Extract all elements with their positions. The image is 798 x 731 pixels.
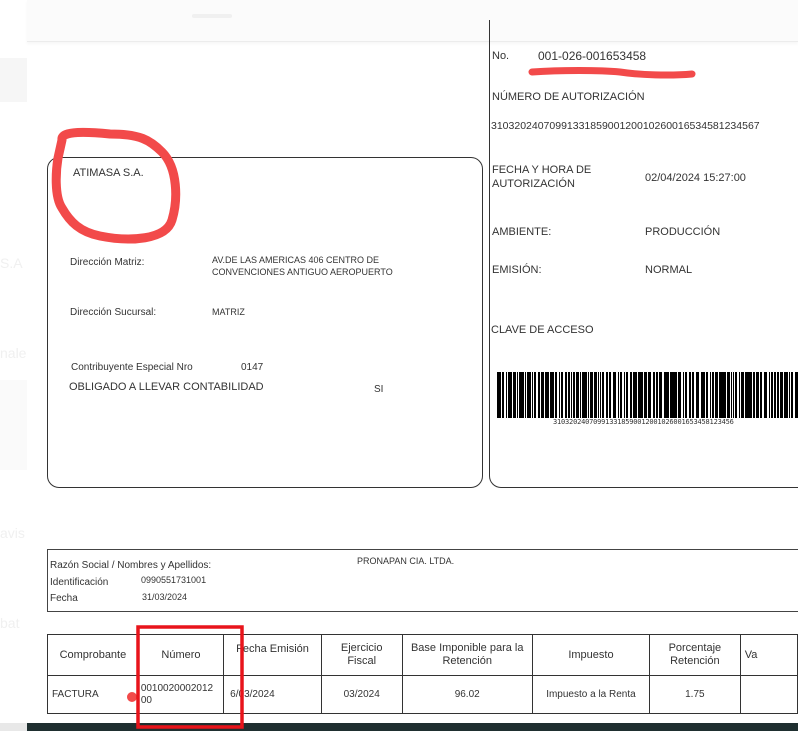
auth-number-value: 3103202407099133185900120010260016534581… <box>491 120 760 133</box>
accounting-label: OBLIGADO A LLEVAR CONTABILIDAD <box>69 381 264 394</box>
header-ejercicio-fiscal: Ejercicio Fiscal <box>321 635 402 676</box>
auth-datetime-label-1: FECHA Y HORA DE <box>492 164 591 177</box>
buyer-id-label: Identificación <box>50 576 108 589</box>
ghost-text: nale <box>0 345 26 361</box>
header-numero: Número <box>138 635 223 676</box>
left-edge-panel-lower <box>0 380 27 470</box>
issuer-name: ATIMASA S.A. <box>73 167 144 180</box>
emission-label: EMISIÓN: <box>492 264 542 277</box>
cell-base-imponible: 96.02 <box>402 676 532 714</box>
environment-value: PRODUCCIÓN <box>645 226 720 239</box>
ghost-text: bat <box>0 615 19 631</box>
cell-numero: 0010020002012 00 <box>138 676 223 714</box>
access-key-barcode <box>497 372 798 418</box>
cell-porcentaje: 1.75 <box>650 676 741 714</box>
special-taxpayer-label: Contribuyente Especial Nro <box>71 361 193 374</box>
footer-bar <box>27 723 798 731</box>
table-header-row: Comprobante Número Fecha Emisión Ejercic… <box>48 635 798 676</box>
cell-fecha-emision: 6/03/2024 <box>224 676 322 714</box>
cell-valor <box>740 676 797 714</box>
buyer-name-label: Razón Social / Nombres y Apellidos: <box>50 559 211 572</box>
auth-datetime-value: 02/04/2024 15:27:00 <box>645 172 746 185</box>
ghost-text: S.A <box>0 255 23 271</box>
header-porcentaje: Porcentaje Retención <box>650 635 741 676</box>
header-fecha-emision: Fecha Emisión <box>224 635 322 676</box>
header-base-imponible: Base Imponible para la Retención <box>402 635 532 676</box>
footer-left-gray <box>0 723 27 731</box>
branch-address-label: Dirección Sucursal: <box>70 306 156 319</box>
buyer-id-value: 0990551731001 <box>141 574 206 587</box>
accounting-value: SI <box>374 383 383 396</box>
cell-numero-line2: 00 <box>141 695 152 706</box>
header-valor: Va <box>740 635 797 676</box>
auth-number-label: NÚMERO DE AUTORIZACIÓN <box>492 91 645 104</box>
barcode-number: 3103202407099133185900120010260016534581… <box>553 418 734 426</box>
main-address-label: Dirección Matriz: <box>70 256 144 269</box>
header-comprobante: Comprobante <box>48 635 139 676</box>
auth-datetime-label-2: AUTORIZACIÓN <box>492 178 575 191</box>
buyer-name-value: PRONAPAN CIA. LTDA. <box>357 555 454 568</box>
emission-value: NORMAL <box>645 264 692 277</box>
retention-table: Comprobante Número Fecha Emisión Ejercic… <box>47 634 798 714</box>
access-key-label: CLAVE DE ACCESO <box>491 324 594 337</box>
left-edge-panel <box>0 58 27 102</box>
issuer-box <box>47 157 483 488</box>
buyer-date-label: Fecha <box>50 592 78 605</box>
invoice-number-value: 001-026-001653458 <box>538 50 646 63</box>
header-impuesto: Impuesto <box>532 635 649 676</box>
cell-impuesto: Impuesto a la Renta <box>532 676 649 714</box>
cell-ejercicio-fiscal: 03/2024 <box>321 676 402 714</box>
top-bar-faint-mark <box>192 14 232 18</box>
table-row: FACTURA 0010020002012 00 6/03/2024 03/20… <box>48 676 798 714</box>
main-address-line2: CONVENCIONES ANTIGUO AEROPUERTO <box>212 266 393 279</box>
cell-numero-line1: 0010020002012 <box>141 683 213 694</box>
special-taxpayer-value: 0147 <box>241 361 263 374</box>
environment-label: AMBIENTE: <box>492 226 551 239</box>
buyer-date-value: 31/03/2024 <box>142 591 187 604</box>
ghost-text: avis <box>0 525 25 541</box>
branch-address-value: MATRIZ <box>212 306 245 319</box>
invoice-number-label: No. <box>492 50 509 63</box>
cell-comprobante: FACTURA <box>48 676 139 714</box>
